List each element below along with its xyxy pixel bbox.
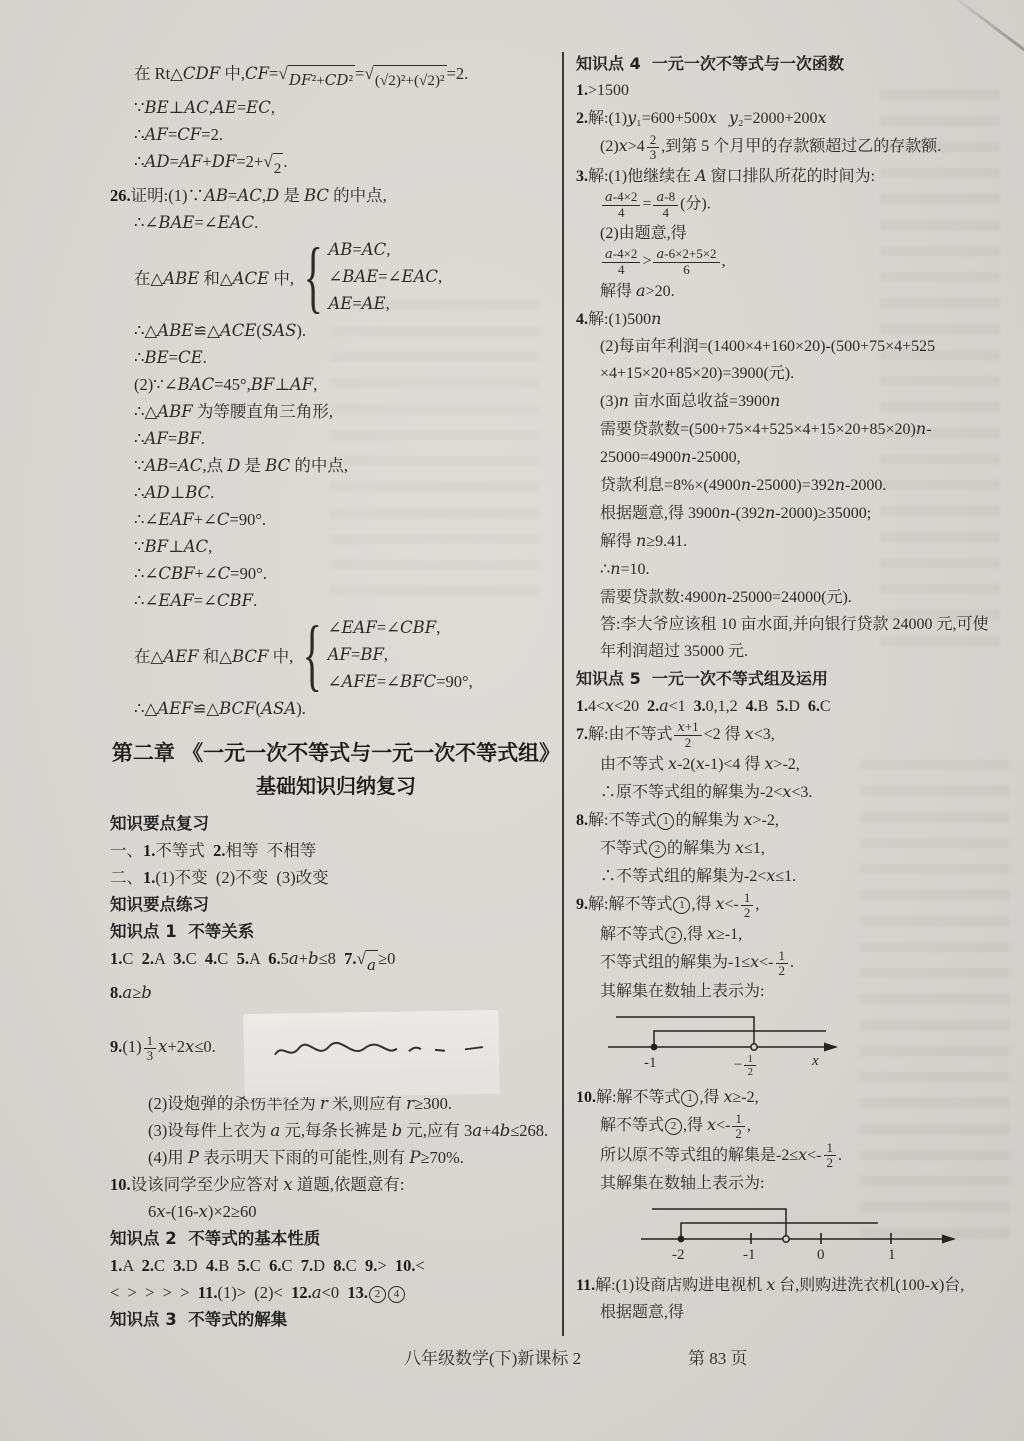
text-line: ∵AB=AC,点 D 是 BC 的中点, bbox=[110, 452, 562, 479]
text-run: ∴△ABF 为等腰直角三角形, bbox=[134, 402, 333, 421]
text-run: 1. bbox=[143, 868, 155, 887]
text-line: 4.解:(1)500n bbox=[576, 305, 1022, 333]
text-line: 7.解:由不等式x+12<2 得 x<3, bbox=[576, 720, 1022, 750]
text-run: √2 bbox=[263, 153, 283, 182]
section-heading: 知识点 2 不等式的基本性质 bbox=[110, 1225, 562, 1252]
text-run: >1500 bbox=[588, 82, 629, 99]
text-line: ∴△ABE≌△ACE(SAS). bbox=[110, 317, 562, 344]
text-line: 所以原不等式组的解集是-2≤x<-12. bbox=[576, 1141, 1022, 1171]
text-line: ∴∠EAF=∠CBF. bbox=[110, 587, 562, 614]
text-run: C bbox=[346, 1256, 365, 1275]
text-run: 10. bbox=[576, 1089, 596, 1106]
text-line: a-4×24>a-6×2+5×26, bbox=[576, 247, 1022, 277]
axis-variable-label: x bbox=[812, 1053, 819, 1070]
right-column: 知识点 4 一元一次不等式与一次函数1.>15002.解:(1)y₁=600+5… bbox=[576, 50, 1022, 1338]
equation-system-line: 在△ABE 和△ACE 中,{AB=AC,∠BAE=∠EAC,AE=AE, bbox=[110, 236, 562, 317]
section-heading: 知识要点练习 bbox=[110, 891, 562, 918]
text-run: 根据题意,得 3900n-(392n-2000)≥35000; bbox=[600, 505, 871, 522]
text-run: 1 bbox=[673, 897, 690, 914]
text-run: 2 bbox=[649, 841, 666, 858]
text-line: 26.证明:(1)∵AB=AC,D 是 BC 的中点, bbox=[110, 182, 562, 209]
text-run: (3)n 亩水面总收益=3900n bbox=[600, 393, 780, 410]
section-heading: 知识点 4 一元一次不等式与一次函数 bbox=[576, 50, 1022, 77]
equation-system-line: 在△AEF 和△BCF 中,{∠EAF=∠CBF,AF=BF,∠AFE=∠BFC… bbox=[110, 614, 562, 695]
text-line: ∵BE⊥AC,AE=EC, bbox=[110, 94, 562, 121]
text-run: 9. bbox=[365, 1256, 377, 1275]
text-run: 1. bbox=[110, 949, 122, 968]
text-run: 相等 不相等 bbox=[226, 841, 317, 860]
number-line-figure-solution-9: -1 −12 x bbox=[602, 1009, 852, 1081]
text-run: 知识点 3 不等式的解集 bbox=[110, 1310, 287, 1329]
text-run: 的解集为 x≤1, bbox=[667, 840, 765, 857]
text-run: √a bbox=[356, 950, 378, 979]
text-line: ∴AF=CF=2. bbox=[110, 121, 562, 148]
text-run: 知识点 1 不等关系 bbox=[110, 922, 254, 941]
text-line: 答:李大爷应该租 10 亩水面,并向银行贷款 24000 元,可使 bbox=[576, 611, 1022, 638]
text-line: ∴∠CBF+∠C=90°. bbox=[110, 560, 562, 587]
text-line: ∴∠BAE=∠EAC. bbox=[110, 209, 562, 236]
text-run: 2. bbox=[647, 698, 659, 715]
text-run: 1. bbox=[143, 841, 155, 860]
case-row: ∠EAF=∠CBF, bbox=[328, 614, 473, 641]
text-run: 贷款利息=8%×(4900n-25000)=392n-2000. bbox=[600, 477, 886, 494]
text-run: 知识点 4 一元一次不等式与一次函数 bbox=[576, 54, 844, 73]
text-run: 需要贷款数:4900n-25000=24000(元). bbox=[600, 589, 852, 606]
text-run: 8. bbox=[333, 1256, 345, 1275]
text-run: 其解集在数轴上表示为: bbox=[600, 983, 764, 1000]
text-run: (分). bbox=[680, 196, 711, 213]
text-line: (3)设每件上衣为 a 元,每条长裤是 b 元,应有 3a+4b≤268. bbox=[110, 1117, 562, 1144]
text-run: 不等式 bbox=[155, 841, 213, 860]
text-run: ∴AD=AF+DF=2+ bbox=[134, 152, 263, 171]
case-row: ∠BAE=∠EAC, bbox=[328, 263, 442, 290]
text-line: 解得 n≥9.41. bbox=[576, 527, 1022, 555]
text-run: a<1 bbox=[659, 698, 694, 715]
text-run: 1. bbox=[576, 82, 588, 99]
text-line: ∴AD⊥BC. bbox=[110, 479, 562, 506]
text-run: 2. bbox=[213, 841, 225, 860]
text-line: 根据题意,得 bbox=[576, 1299, 1022, 1326]
column-divider bbox=[562, 52, 564, 1336]
text-run: a-6×2+5×26 bbox=[653, 247, 719, 277]
text-run: CDF bbox=[183, 64, 220, 83]
text-run: 4<x<20 bbox=[588, 698, 647, 715]
text-line: ∴△ABF 为等腰直角三角形, bbox=[110, 398, 562, 425]
text-line: 解得 a>20. bbox=[576, 277, 1022, 305]
text-run: ,得 x<- bbox=[691, 896, 738, 913]
text-run: 二、 bbox=[110, 868, 143, 887]
text-run: (1) bbox=[122, 1037, 141, 1056]
text-run: 7. bbox=[301, 1256, 313, 1275]
text-run: 由不等式 x-2(x-1)<4 得 x>-2, bbox=[600, 756, 800, 773]
text-run: 2 bbox=[665, 1118, 682, 1135]
text-run: 3. bbox=[576, 168, 588, 185]
text-run: 解:(1)y₁=600+500x y₂=2000+200x bbox=[588, 110, 827, 127]
tick-label: -2 bbox=[672, 1247, 685, 1264]
chapter-title-line: 基础知识归纳复习 bbox=[110, 770, 562, 802]
text-run: 11. bbox=[198, 1283, 218, 1302]
text-run: 0,1,2 bbox=[706, 698, 746, 715]
text-run: 6x-(16-x)×2≥60 bbox=[148, 1202, 256, 1221]
text-run: ∴△ABE≌△ACE(SAS). bbox=[134, 321, 306, 340]
text-line: ∵BF⊥AC, bbox=[110, 533, 562, 560]
tick-label: -1 bbox=[644, 1055, 657, 1072]
text-run: 解:解不等式 bbox=[596, 1089, 680, 1106]
text-line: 1.A 2.C 3.D 4.B 5.C 6.C 7.D 8.C 9.> 10.< bbox=[110, 1252, 562, 1279]
text-run: 12 bbox=[741, 891, 754, 920]
text-run: A bbox=[122, 1256, 141, 1275]
text-line: 8.解:不等式1的解集为 x>-2, bbox=[576, 806, 1022, 834]
text-run: 12 bbox=[732, 1112, 745, 1141]
text-line: 10.解:解不等式1,得 x≥-2, bbox=[576, 1083, 1022, 1111]
scribble-stroke bbox=[268, 1037, 498, 1063]
text-run: 知识要点练习 bbox=[110, 895, 209, 914]
text-line: 由不等式 x-2(x-1)<4 得 x>-2, bbox=[576, 750, 1022, 778]
text-run: 其解集在数轴上表示为: bbox=[600, 1175, 764, 1192]
text-run: > bbox=[377, 1256, 395, 1275]
chapter-title: 第二章 《一元一次不等式与一元一次不等式组》基础知识归纳复习 bbox=[110, 736, 562, 802]
text-run: 解得 n≥9.41. bbox=[600, 533, 687, 550]
text-run: C bbox=[820, 698, 831, 715]
text-line: 3.解:(1)他继续在 A 窗口排队所花的时间为: bbox=[576, 162, 1022, 190]
text-line: ∴原不等式组的解集为-2<x<3. bbox=[576, 778, 1022, 806]
text-run: 在 Rt△ bbox=[134, 64, 183, 83]
text-line: 9.(1)13x+2x≤0. bbox=[110, 1006, 562, 1090]
text-run: 11. bbox=[576, 1277, 595, 1294]
text-run: ∵AB=AC,点 D 是 BC 的中点, bbox=[134, 456, 348, 475]
textbook-answer-page: 在 Rt△CDF 中,CF=√DF²+CD²=√(√2)²+(√2)²=2.∵B… bbox=[0, 0, 1024, 1441]
text-run: 答:李大爷应该租 10 亩水面,并向银行贷款 24000 元,可使 bbox=[600, 616, 988, 633]
text-run: 23 bbox=[647, 133, 660, 162]
text-line: 1.>1500 bbox=[576, 77, 1022, 104]
text-run: 解不等式 bbox=[600, 1117, 664, 1134]
text-run: 在△ABE 和△ACE 中, bbox=[134, 269, 294, 288]
text-line: 其解集在数轴上表示为: bbox=[576, 978, 1022, 1005]
chapter-title-line: 第二章 《一元一次不等式与一元一次不等式组》 bbox=[110, 736, 562, 770]
text-run: 4. bbox=[576, 311, 588, 328]
text-run: , bbox=[747, 1117, 751, 1134]
text-run: C bbox=[281, 1256, 300, 1275]
text-run: ,得 x≥-1, bbox=[683, 926, 742, 943]
text-run: 解不等式 bbox=[600, 926, 664, 943]
text-line: ∴∠EAF+∠C=90°. bbox=[110, 506, 562, 533]
text-line: 二、1.(1)不变 (2)不变 (3)改变 bbox=[110, 864, 562, 891]
text-run: ∴∠CBF+∠C=90°. bbox=[134, 564, 267, 583]
tick-label: -1 bbox=[743, 1247, 756, 1264]
text-run: ∴AF=CF=2. bbox=[134, 125, 223, 144]
handwritten-scribble-mark bbox=[243, 1010, 499, 1098]
text-run: ∴不等式组的解集为-2<x≤1. bbox=[600, 868, 796, 885]
text-run: 4. bbox=[206, 1256, 218, 1275]
text-run: 2 bbox=[369, 1286, 386, 1303]
text-run: 设该同学至少应答对 x 道题,依题意有: bbox=[131, 1175, 405, 1194]
text-run: > bbox=[642, 253, 651, 270]
text-run: =2. bbox=[447, 64, 469, 83]
text-run: ∴原不等式组的解集为-2<x<3. bbox=[600, 784, 812, 801]
text-run: ≥0 bbox=[378, 949, 395, 968]
text-run: 6. bbox=[808, 698, 820, 715]
text-run: C bbox=[122, 949, 141, 968]
text-line: 9.解:解不等式1,得 x<-12, bbox=[576, 890, 1022, 920]
tick-label: 0 bbox=[817, 1247, 825, 1264]
text-run: 5. bbox=[237, 1256, 249, 1275]
text-line: a-4×24=a-84(分). bbox=[576, 190, 1022, 220]
text-run: . bbox=[790, 954, 794, 971]
text-line: 不等式2的解集为 x≤1, bbox=[576, 834, 1022, 862]
text-line: 需要贷款数:4900n-25000=24000(元). bbox=[576, 583, 1022, 611]
text-run: a<0 bbox=[312, 1283, 348, 1302]
text-run: x+2x≤0. bbox=[158, 1037, 216, 1056]
text-run: 5. bbox=[237, 949, 249, 968]
text-run: , bbox=[755, 896, 759, 913]
section-heading: 知识要点复习 bbox=[110, 810, 562, 837]
text-run: 不等式组的解集为-1≤x<- bbox=[600, 954, 774, 971]
text-line: ×4+15×20+85×20)=3900(元). bbox=[576, 360, 1022, 387]
text-run: (2)由题意,得 bbox=[600, 225, 687, 242]
text-run: 13 bbox=[144, 1034, 157, 1063]
text-run: 4. bbox=[746, 698, 758, 715]
text-run: < > > > > bbox=[110, 1283, 198, 1302]
text-line: ∴AF=BF. bbox=[110, 425, 562, 452]
text-run: . bbox=[838, 1147, 842, 1164]
case-row: AB=AC, bbox=[328, 236, 442, 263]
text-run: 知识点 2 不等式的基本性质 bbox=[110, 1229, 320, 1248]
text-run: √DF²+CD² bbox=[278, 65, 355, 94]
text-run: B bbox=[218, 1256, 237, 1275]
text-run: 2. bbox=[142, 949, 154, 968]
text-run: 5. bbox=[776, 698, 788, 715]
text-run: D bbox=[788, 698, 808, 715]
text-run: 2 bbox=[665, 927, 682, 944]
text-run: (3)设每件上衣为 a 元,每条长裤是 b 元,应有 3a+4b≤268. bbox=[148, 1121, 548, 1140]
text-run: 4 bbox=[388, 1286, 405, 1303]
text-run: ,得 x<- bbox=[683, 1117, 730, 1134]
text-run: ∴AF=BF. bbox=[134, 429, 205, 448]
text-run: 7. bbox=[576, 726, 588, 743]
text-run: (1)> (2)< bbox=[218, 1283, 292, 1302]
text-run: ∵BE⊥AC,AE=EC, bbox=[134, 98, 275, 117]
text-run: ,得 x≥-2, bbox=[699, 1089, 758, 1106]
text-run: 解:由不等式 bbox=[588, 726, 672, 743]
text-line: 解不等式2,得 x<-12, bbox=[576, 1111, 1022, 1141]
text-run: C bbox=[154, 1256, 173, 1275]
text-line: 11.解:(1)设商店购进电视机 x 台,则购进洗衣机(100-x)台, bbox=[576, 1271, 1022, 1299]
text-run: 25000=4900n-25000, bbox=[600, 449, 741, 466]
text-run: a-84 bbox=[653, 190, 678, 220]
text-line: 贷款利息=8%×(4900n-25000)=392n-2000. bbox=[576, 471, 1022, 499]
text-run: 解:解不等式 bbox=[588, 896, 672, 913]
text-run: A bbox=[249, 949, 268, 968]
text-line: ∴AD=AF+DF=2+√2. bbox=[110, 148, 562, 182]
system-brace: { bbox=[303, 616, 322, 694]
text-run: 12. bbox=[291, 1283, 312, 1302]
text-run: 9. bbox=[110, 1037, 122, 1056]
text-run: 10. bbox=[395, 1256, 416, 1275]
text-run: 3. bbox=[173, 1256, 185, 1275]
text-run: 26. bbox=[110, 186, 131, 205]
text-run: 8. bbox=[576, 812, 588, 829]
text-run: a≥b bbox=[122, 983, 151, 1002]
text-line: 1.C 2.A 3.C 4.C 5.A 6.5a+b≤8 7.√a≥0 bbox=[110, 945, 562, 979]
text-run: . bbox=[283, 152, 287, 171]
text-line: ∴n=10. bbox=[576, 555, 1022, 583]
text-run: 需要贷款数=(500+75×4+525×4+15×20+85×20)n- bbox=[600, 421, 932, 438]
text-run: 的解集为 x>-2, bbox=[675, 812, 778, 829]
tick-label: 1 bbox=[888, 1247, 896, 1264]
text-run: A bbox=[154, 949, 173, 968]
text-run: = bbox=[642, 196, 651, 213]
text-line: 在 Rt△CDF 中,CF=√DF²+CD²=√(√2)²+(√2)²=2. bbox=[110, 60, 562, 94]
text-line: ∴不等式组的解集为-2<x≤1. bbox=[576, 862, 1022, 890]
text-line: 需要贷款数=(500+75×4+525×4+15×20+85×20)n- bbox=[576, 415, 1022, 443]
section-heading: 知识点 5 一元一次不等式组及运用 bbox=[576, 665, 1022, 692]
text-run: ∴AD⊥BC. bbox=[134, 483, 214, 502]
text-line: (2)x>423,到第 5 个月甲的存款额超过乙的存款额. bbox=[576, 132, 1022, 162]
text-run: 知识点 5 一元一次不等式组及运用 bbox=[576, 669, 828, 688]
text-line: 8.a≥b bbox=[110, 979, 562, 1006]
number-line-axis bbox=[636, 1201, 976, 1247]
text-run: 6. bbox=[269, 1256, 281, 1275]
text-run: ∵BF⊥AC, bbox=[134, 537, 212, 556]
text-line: ∴△AEF≌△BCF(ASA). bbox=[110, 695, 562, 722]
text-run: C bbox=[250, 1256, 269, 1275]
text-run: 1. bbox=[576, 698, 588, 715]
text-line: 10.设该同学至少应答对 x 道题,依题意有: bbox=[110, 1171, 562, 1198]
footer-page-number: 第 83 页 bbox=[688, 1344, 748, 1369]
text-run: 知识要点复习 bbox=[110, 814, 209, 833]
text-run: (4)用 P 表示明天下雨的可能性,则有 P≥70%. bbox=[148, 1148, 464, 1167]
text-line: 其解集在数轴上表示为: bbox=[576, 1170, 1022, 1197]
text-line: 6x-(16-x)×2≥60 bbox=[110, 1198, 562, 1225]
text-line: < > > > > 11.(1)> (2)< 12.a<0 13.24 bbox=[110, 1279, 562, 1306]
text-line: 根据题意,得 3900n-(392n-2000)≥35000; bbox=[576, 499, 1022, 527]
case-row: AF=BF, bbox=[328, 641, 473, 668]
text-run: D bbox=[186, 1256, 206, 1275]
text-run: ×4+15×20+85×20)=3900(元). bbox=[600, 365, 794, 382]
text-run: 6. bbox=[268, 949, 280, 968]
text-run: 解:(1)500n bbox=[588, 311, 661, 328]
text-run: C bbox=[186, 949, 205, 968]
text-line: 一、1.不等式 2.相等 不相等 bbox=[110, 837, 562, 864]
text-line: (4)用 P 表示明天下雨的可能性,则有 P≥70%. bbox=[110, 1144, 562, 1171]
text-run: 8. bbox=[110, 983, 122, 1002]
text-run: (2)每亩年利润=(1400×4+160×20)-(500+75×4+525 bbox=[600, 338, 935, 355]
text-run: (1)不变 (2)不变 (3)改变 bbox=[155, 868, 328, 887]
text-run: ∴∠BAE=∠EAC. bbox=[134, 213, 258, 232]
text-run: a-4×24 bbox=[602, 247, 640, 277]
text-run: √(√2)²+(√2)² bbox=[364, 65, 446, 94]
text-line: 25000=4900n-25000, bbox=[576, 443, 1022, 471]
text-run: 7. bbox=[344, 949, 356, 968]
text-run: 在△AEF 和△BCF 中, bbox=[134, 647, 293, 666]
text-run: 解得 a>20. bbox=[600, 283, 675, 300]
text-line: (2)每亩年利润=(1400×4+160×20)-(500+75×4+525 bbox=[576, 333, 1022, 360]
text-line: (3)n 亩水面总收益=3900n bbox=[576, 387, 1022, 415]
text-run: 1. bbox=[110, 1256, 122, 1275]
text-run: (2)x>4 bbox=[600, 138, 645, 155]
text-run: 12 bbox=[776, 949, 789, 978]
text-run: ∴BE=CE. bbox=[134, 348, 207, 367]
text-run: 5a+b≤8 bbox=[281, 949, 345, 968]
number-line-figure-solution-10: -2 -1 0 1 bbox=[636, 1201, 976, 1269]
text-run: ∴∠EAF+∠C=90°. bbox=[134, 510, 266, 529]
text-run: a-4×24 bbox=[602, 190, 640, 220]
text-run: D bbox=[313, 1256, 333, 1275]
text-run: 解:不等式 bbox=[588, 812, 656, 829]
case-row: AE=AE, bbox=[328, 290, 442, 317]
text-run: (2)∵∠BAC=45°,BF⊥AF, bbox=[134, 375, 317, 394]
text-run: 10. bbox=[110, 1175, 131, 1194]
text-run: ,到第 5 个月甲的存款额超过乙的存款额. bbox=[661, 138, 941, 155]
text-line: (2)由题意,得 bbox=[576, 220, 1022, 247]
text-run: <2 得 x<3, bbox=[704, 726, 775, 743]
text-run: 12 bbox=[824, 1141, 837, 1170]
text-run: 2. bbox=[142, 1256, 154, 1275]
text-line: 解不等式2,得 x≥-1, bbox=[576, 920, 1022, 948]
text-run: 3. bbox=[173, 949, 185, 968]
section-heading: 知识点 1 不等关系 bbox=[110, 918, 562, 945]
text-run: ∴△AEF≌△BCF(ASA). bbox=[134, 699, 306, 718]
text-run: 中, bbox=[220, 64, 245, 83]
section-heading: 知识点 3 不等式的解集 bbox=[110, 1306, 562, 1332]
text-run: , bbox=[722, 253, 726, 270]
text-run: 2. bbox=[576, 110, 588, 127]
text-line: (2)∵∠BAC=45°,BF⊥AF, bbox=[110, 371, 562, 398]
text-run: 一、 bbox=[110, 841, 143, 860]
text-line: 1.4<x<20 2.a<1 3.0,1,2 4.B 5.D 6.C bbox=[576, 692, 1022, 720]
text-run: 解:(1)他继续在 A 窗口排队所花的时间为: bbox=[588, 168, 875, 185]
text-line: 不等式组的解集为-1≤x<-12. bbox=[576, 948, 1022, 978]
text-run: 1 bbox=[681, 1090, 698, 1107]
text-run: ∴∠EAF=∠CBF. bbox=[134, 591, 257, 610]
text-run: 解:(1)设商店购进电视机 x 台,则购进洗衣机(100-x)台, bbox=[595, 1277, 964, 1294]
tick-label-fraction: −12 bbox=[734, 1053, 758, 1078]
left-column: 在 Rt△CDF 中,CF=√DF²+CD²=√(√2)²+(√2)²=2.∵B… bbox=[110, 60, 562, 1332]
text-line: ∴BE=CE. bbox=[110, 344, 562, 371]
text-run: C bbox=[217, 949, 236, 968]
text-run: 不等式 bbox=[600, 840, 648, 857]
number-line-axis bbox=[602, 1009, 852, 1055]
case-row: ∠AFE=∠BFC=90°, bbox=[328, 668, 473, 695]
text-run: 3. bbox=[694, 698, 706, 715]
text-run: ∴n=10. bbox=[600, 561, 650, 578]
text-run: B bbox=[758, 698, 777, 715]
system-brace: { bbox=[304, 238, 323, 316]
text-line: 2.解:(1)y₁=600+500x y₂=2000+200x bbox=[576, 104, 1022, 132]
text-run: CF= bbox=[245, 64, 278, 83]
text-run: 13. bbox=[347, 1283, 368, 1302]
text-run: 年利润超过 35000 元. bbox=[600, 643, 748, 660]
text-run: 所以原不等式组的解集是-2≤x<- bbox=[600, 1147, 822, 1164]
text-run: = bbox=[355, 64, 364, 83]
text-line: 年利润超过 35000 元. bbox=[576, 638, 1022, 665]
text-run: 证明:(1)∵AB=AC,D 是 BC 的中点, bbox=[131, 186, 387, 205]
text-run: 4. bbox=[205, 949, 217, 968]
text-run: 根据题意,得 bbox=[600, 1304, 684, 1321]
text-run: < bbox=[416, 1256, 425, 1275]
text-run: 9. bbox=[576, 896, 588, 913]
text-run: 1 bbox=[657, 813, 674, 830]
footer-book-title: 八年级数学(下)新课标 2 bbox=[404, 1344, 581, 1369]
text-run: x+12 bbox=[674, 720, 701, 750]
